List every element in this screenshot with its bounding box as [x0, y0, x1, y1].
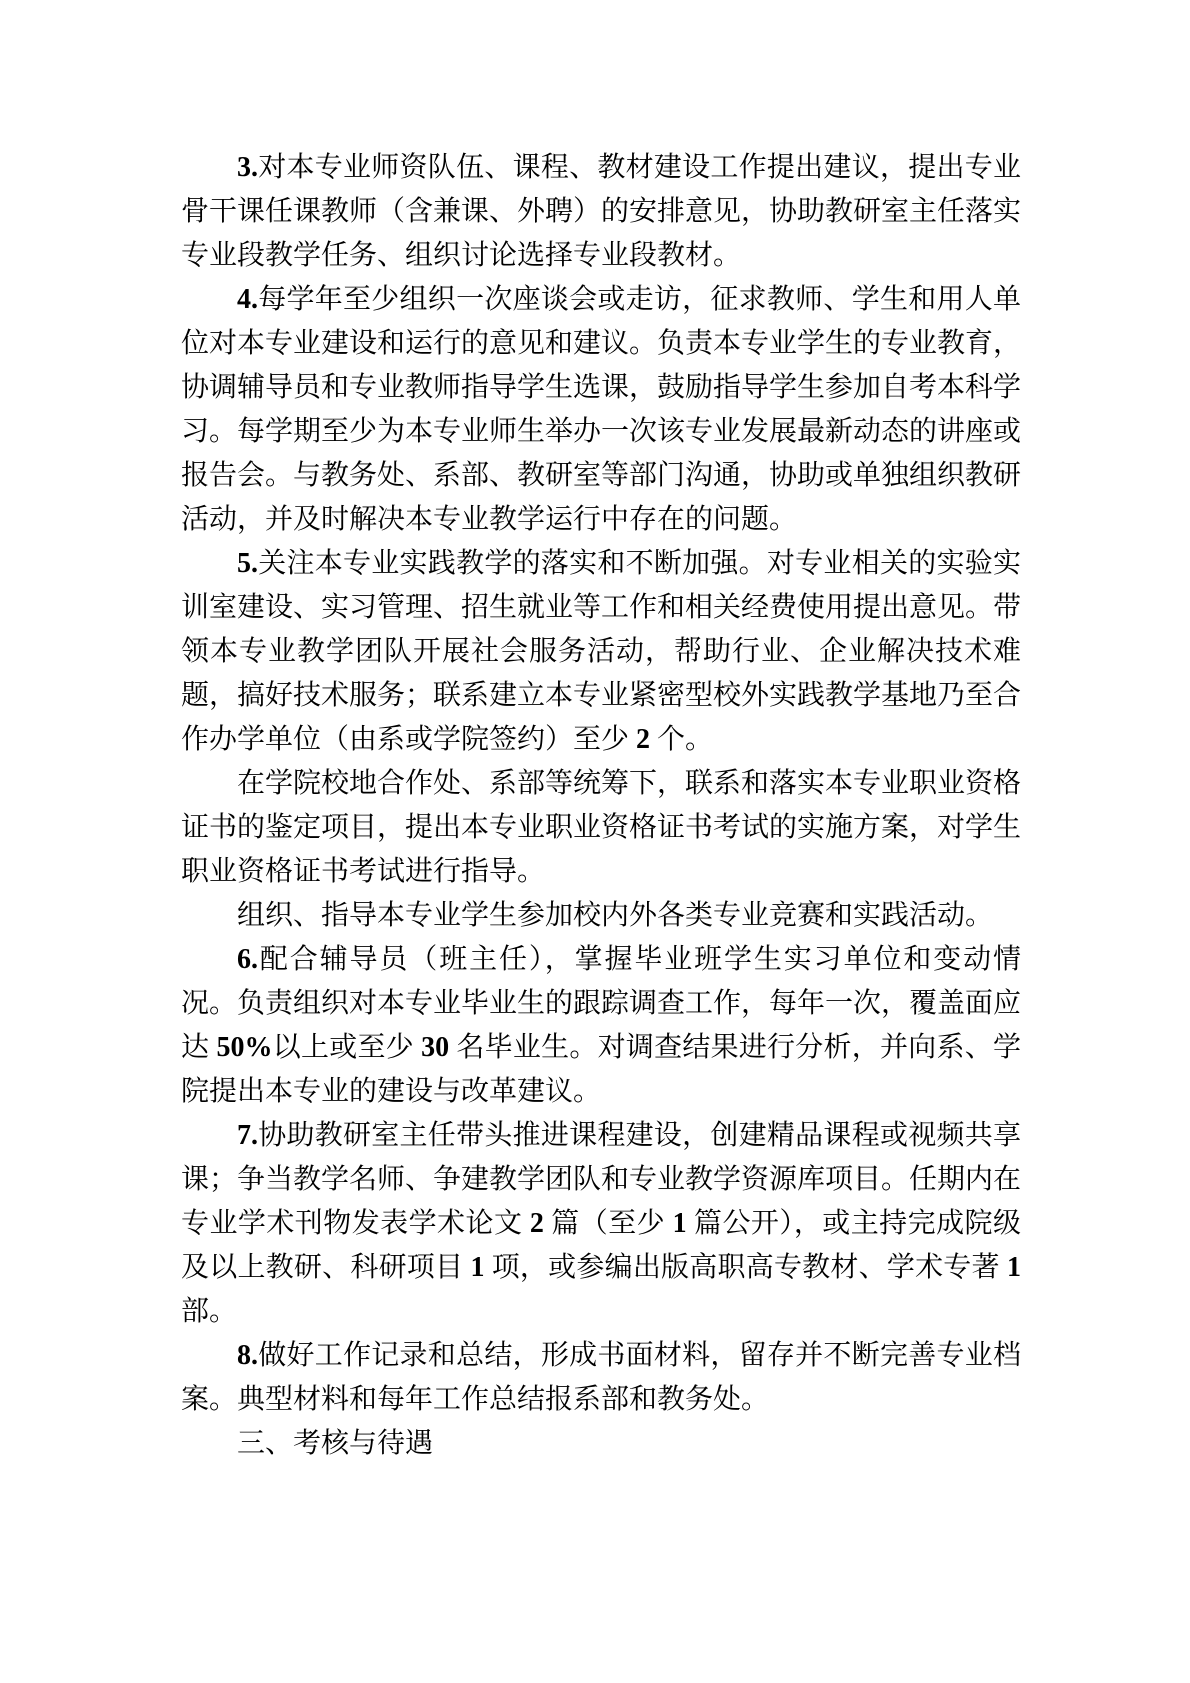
bold-run: 1: [1007, 1252, 1021, 1283]
bold-run: 7.: [237, 1120, 258, 1151]
item-8: 8.做好工作记录和总结，形成书面材料，留存并不断完善专业档案。典型材料和每年工作…: [181, 1334, 1021, 1422]
bold-run: 1: [673, 1208, 687, 1239]
document-body: 3.对本专业师资队伍、课程、教材建设工作提出建议，提出专业骨干课任课教师（含兼课…: [181, 146, 1021, 1466]
item-4: 4.每学年至少组织一次座谈会或走访，征求教师、学生和用人单位对本专业建设和运行的…: [181, 278, 1021, 542]
bold-run: 5.: [237, 548, 258, 579]
text-run: 以上或至少: [272, 1032, 421, 1063]
section-heading-assessment: 三、考核与待遇: [181, 1422, 1021, 1466]
text-run: 组织、指导本专业学生参加校内外各类专业竞赛和实践活动。: [237, 900, 993, 931]
text-run: 三、考核与待遇: [237, 1428, 433, 1459]
text-run: 关注本专业实践教学的落实和不断加强。对专业相关的实验实训室建设、实习管理、招生就…: [181, 548, 1021, 755]
item-5-sub-certification: 在学院校地合作处、系部等统筹下，联系和落实本专业职业资格证书的鉴定项目，提出本专…: [181, 762, 1021, 894]
item-5-sub-competition: 组织、指导本专业学生参加校内外各类专业竞赛和实践活动。: [181, 894, 1021, 938]
document-page: 3.对本专业师资队伍、课程、教材建设工作提出建议，提出专业骨干课任课教师（含兼课…: [0, 0, 1190, 1683]
item-5: 5.关注本专业实践教学的落实和不断加强。对专业相关的实验实训室建设、实习管理、招…: [181, 542, 1021, 762]
text-run: 篇（至少: [544, 1208, 673, 1239]
item-3: 3.对本专业师资队伍、课程、教材建设工作提出建议，提出专业骨干课任课教师（含兼课…: [181, 146, 1021, 278]
bold-run: 8.: [237, 1340, 258, 1371]
text-run: 对本专业师资队伍、课程、教材建设工作提出建议，提出专业骨干课任课教师（含兼课、外…: [181, 152, 1021, 271]
bold-run: 3.: [237, 152, 258, 183]
text-run: 在学院校地合作处、系部等统筹下，联系和落实本专业职业资格证书的鉴定项目，提出本专…: [181, 768, 1021, 887]
item-7: 7.协助教研室主任带头推进课程建设，创建精品课程或视频共享课；争当教学名师、争建…: [181, 1114, 1021, 1334]
item-6: 6.配合辅导员（班主任），掌握毕业班学生实习单位和变动情况。负责组织对本专业毕业…: [181, 938, 1021, 1114]
bold-run: 6.: [237, 944, 258, 975]
bold-run: 4.: [237, 284, 258, 315]
text-run: 部。: [181, 1296, 237, 1327]
bold-run: 2: [530, 1208, 544, 1239]
text-run: 个。: [650, 724, 713, 755]
bold-run: 30: [421, 1032, 449, 1063]
bold-run: 50%: [216, 1032, 272, 1063]
bold-run: 1: [470, 1252, 484, 1283]
text-run: 每学年至少组织一次座谈会或走访，征求教师、学生和用人单位对本专业建设和运行的意见…: [181, 284, 1021, 535]
text-run: 项，或参编出版高职高专教材、学术专著: [484, 1252, 1007, 1283]
text-run: 做好工作记录和总结，形成书面材料，留存并不断完善专业档案。典型材料和每年工作总结…: [181, 1340, 1021, 1415]
bold-run: 2: [636, 724, 650, 755]
